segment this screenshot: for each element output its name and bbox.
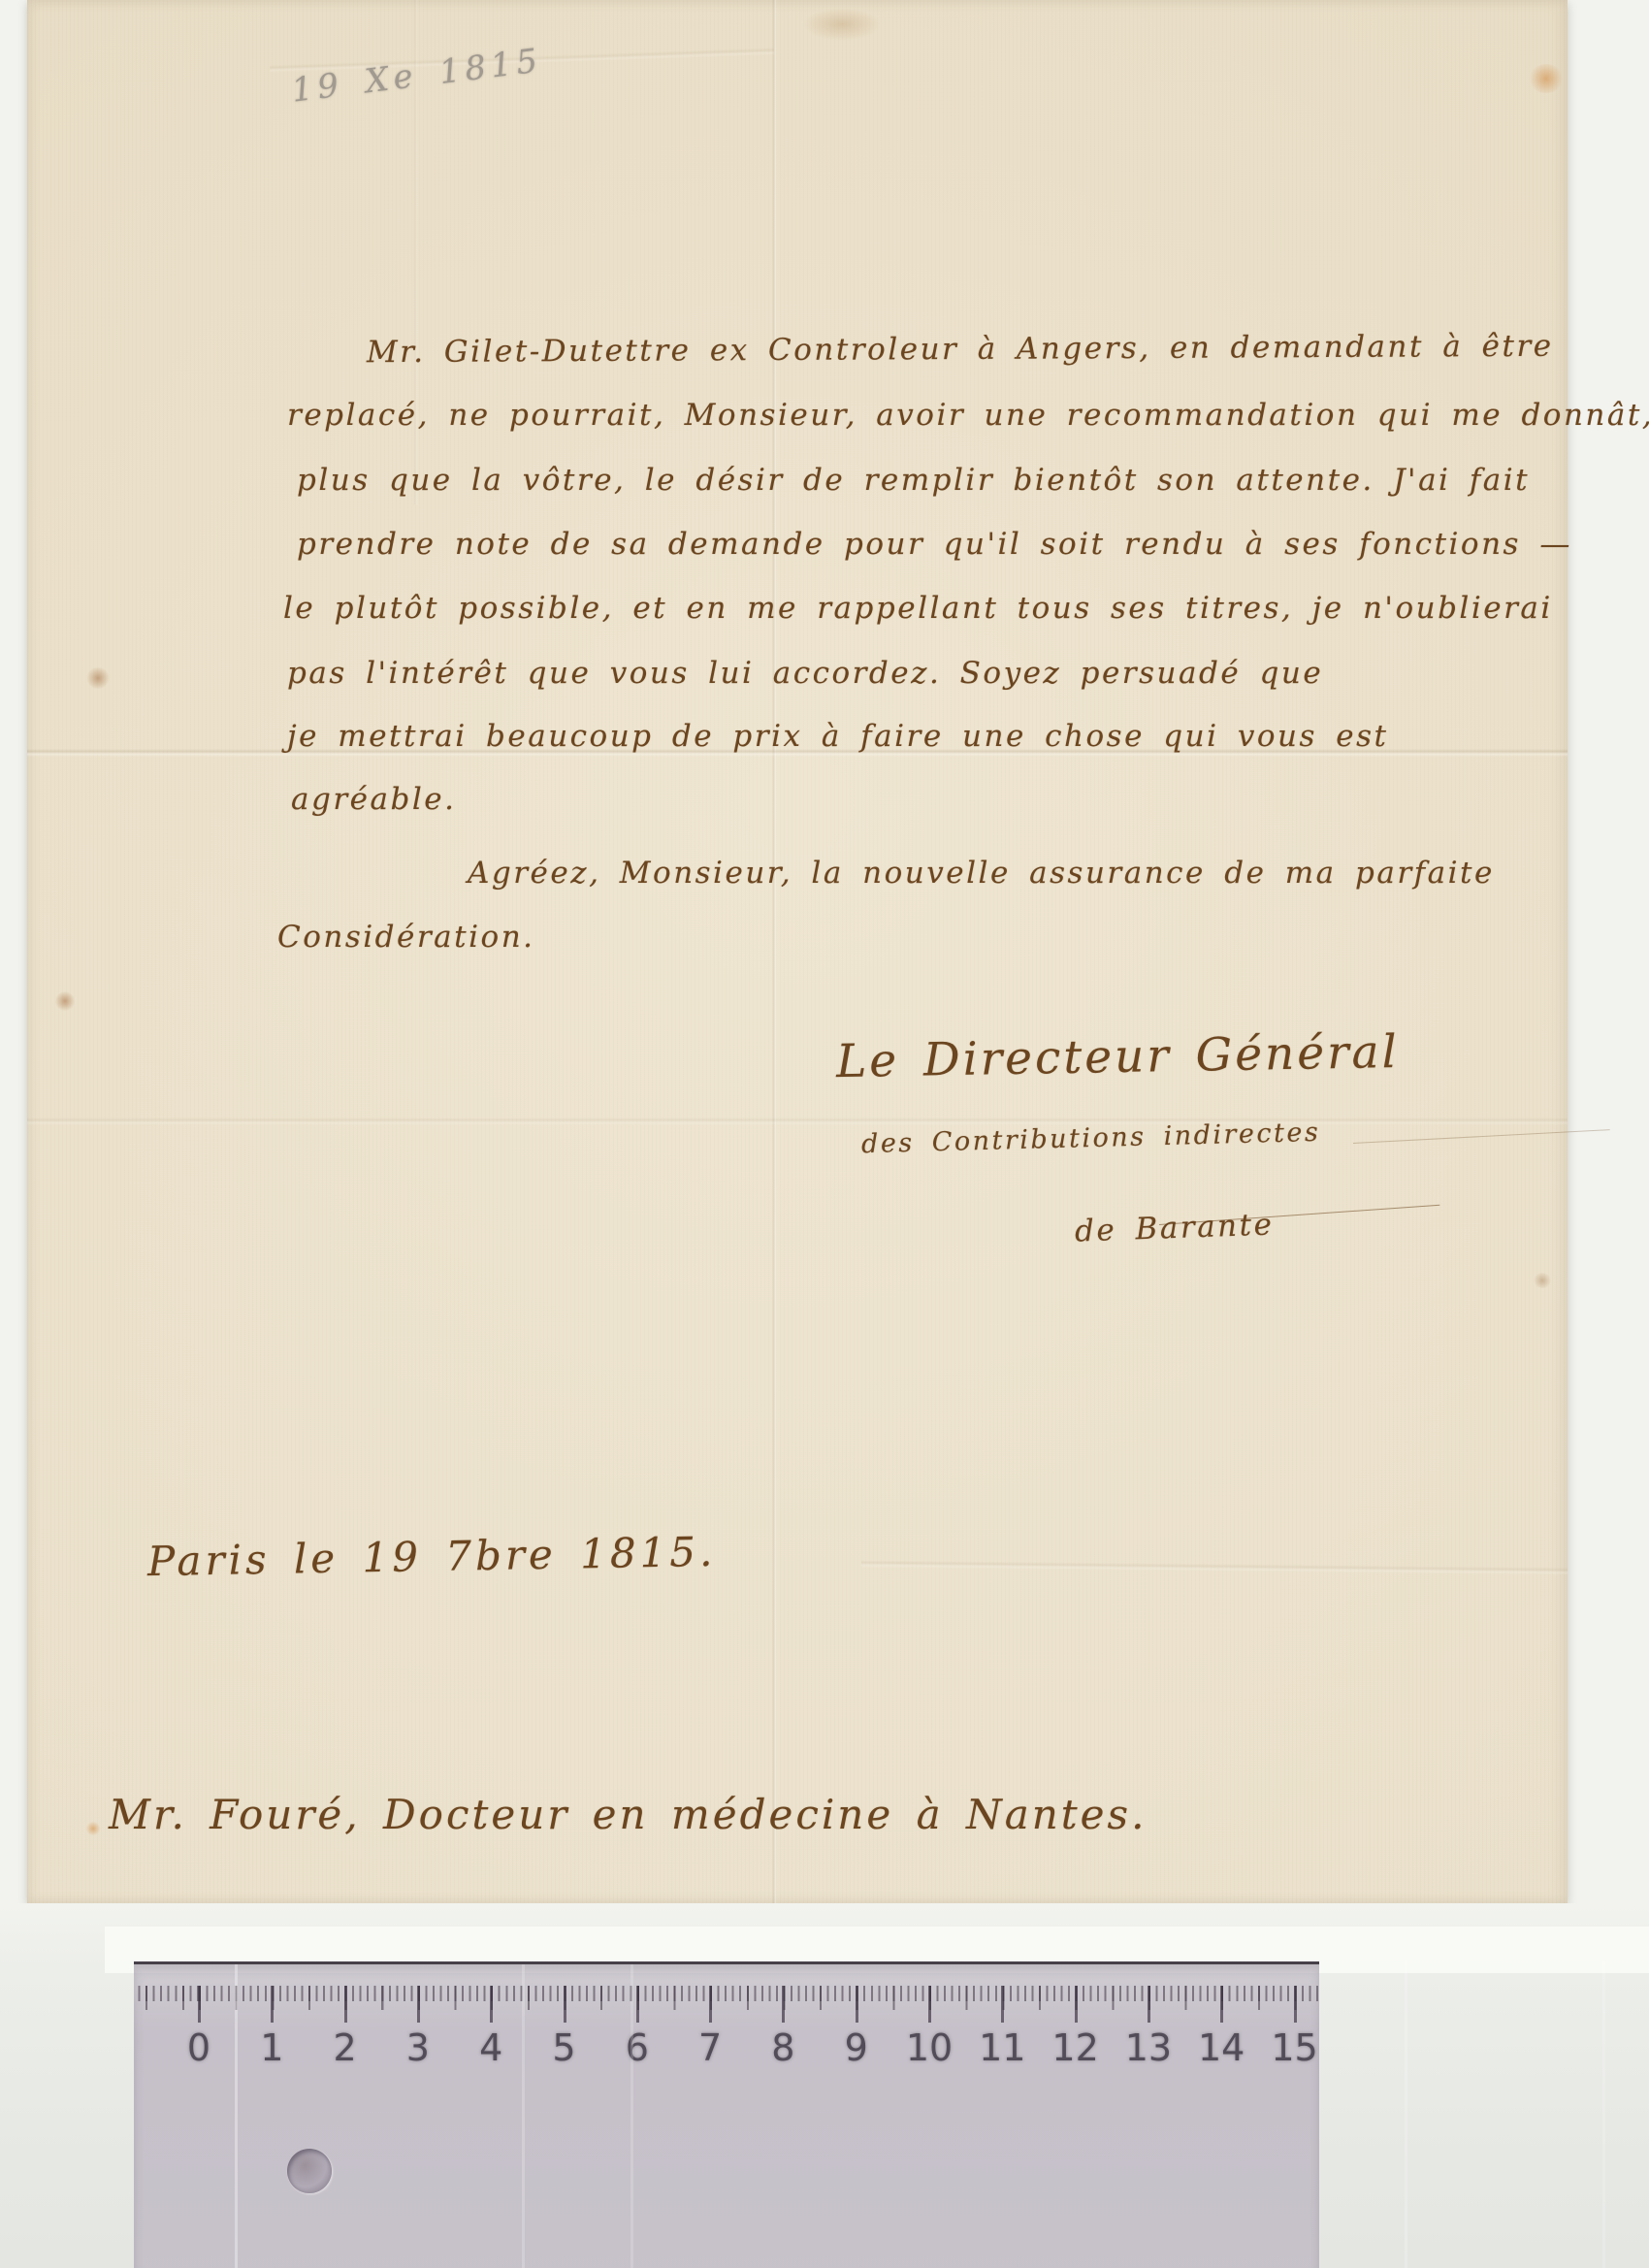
ruler: 0123456789101112131415 <box>134 1961 1319 2268</box>
stain <box>1529 64 1564 93</box>
stain <box>85 667 111 689</box>
ruler-number: 14 <box>1192 2026 1250 2069</box>
letter-line: Mr. Gilet-Dutettre ex Controleur à Anger… <box>367 329 1554 370</box>
scanned-letter-document: 19 Xe 1815 Mr. Gilet-Dutettre ex Control… <box>0 0 1649 2268</box>
ruler-number: 9 <box>827 2026 886 2069</box>
ruler-number: 8 <box>754 2026 812 2069</box>
ruler-number: 7 <box>681 2026 739 2069</box>
ruler-tick <box>1001 1986 1004 2023</box>
ruler-tick <box>198 1986 201 2023</box>
ruler-tick <box>564 1986 566 2023</box>
letter-line: pas l'intérêt que vous lui accordez. Soy… <box>287 656 1323 691</box>
ruler-number: 5 <box>535 2026 594 2069</box>
letter-line: agréable. <box>291 782 456 817</box>
letter-line: replacé, ne pourrait, Monsieur, avoir un… <box>287 398 1649 433</box>
fold-streak <box>1602 1961 1605 2268</box>
ruler-tick <box>344 1986 347 2023</box>
ruler-tick <box>782 1986 785 2023</box>
letter-line: plus que la vôtre, le désir de remplir b… <box>297 463 1530 498</box>
scanner-band: 0123456789101112131415 <box>0 1903 1649 2268</box>
ruler-number: 1 <box>242 2026 301 2069</box>
horizontal-fold-crease <box>27 1118 1568 1125</box>
ruler-number: 15 <box>1266 2026 1324 2069</box>
stain <box>803 8 881 41</box>
letter-page <box>27 0 1568 1903</box>
ruler-number: 11 <box>973 2026 1031 2069</box>
ruler-tick <box>709 1986 712 2023</box>
vertical-fold-crease <box>772 0 777 1903</box>
ruler-half-cm-ticks <box>134 1986 1319 2010</box>
ruler-number: 4 <box>462 2026 520 2069</box>
ruler-tick <box>1220 1986 1223 2023</box>
address-line: Mr. Fouré, Docteur en médecine à Nantes. <box>109 1791 1147 1838</box>
ruler-number: 10 <box>900 2026 958 2069</box>
letter-line: je mettrai beaucoup de prix à faire une … <box>287 719 1388 754</box>
ruler-number: 2 <box>316 2026 374 2069</box>
ruler-number: 0 <box>170 2026 228 2069</box>
ruler-number: 12 <box>1047 2026 1105 2069</box>
letter-line: le plutôt possible, et en me rappellant … <box>283 591 1553 626</box>
ruler-tick <box>271 1986 274 2023</box>
stain <box>85 1822 101 1835</box>
fold-streak <box>522 1964 525 2268</box>
ruler-tick <box>856 1986 858 2023</box>
letter-line: prendre note de sa demande pour qu'il so… <box>297 527 1572 562</box>
fold-streak <box>1405 1961 1407 2268</box>
ruler-number: 6 <box>608 2026 666 2069</box>
closing-line: Considération. <box>277 920 535 955</box>
ruler-tick <box>490 1986 493 2023</box>
closing-line: Agréez, Monsieur, la nouvelle assurance … <box>468 856 1495 891</box>
dateline: Paris le 19 7bre 1815. <box>147 1528 717 1585</box>
ruler-tick <box>417 1986 420 2023</box>
horizontal-fold-crease <box>861 1560 1568 1575</box>
ruler-tick <box>636 1986 639 2023</box>
ruler-number: 3 <box>389 2026 447 2069</box>
ruler-tick <box>1294 1986 1297 2023</box>
fold-streak <box>235 1964 238 2268</box>
ruler-tick <box>928 1986 931 2023</box>
ruler-tick <box>1148 1986 1150 2023</box>
ruler-tick <box>1075 1986 1078 2023</box>
signature-title: Le Directeur Général <box>836 1025 1401 1088</box>
stain <box>54 991 76 1011</box>
signature: de Barante <box>1074 1207 1275 1248</box>
ruler-number: 13 <box>1119 2026 1178 2069</box>
stain <box>1533 1273 1552 1288</box>
fold-streak <box>630 1964 633 2268</box>
ruler-hole <box>287 2149 332 2193</box>
